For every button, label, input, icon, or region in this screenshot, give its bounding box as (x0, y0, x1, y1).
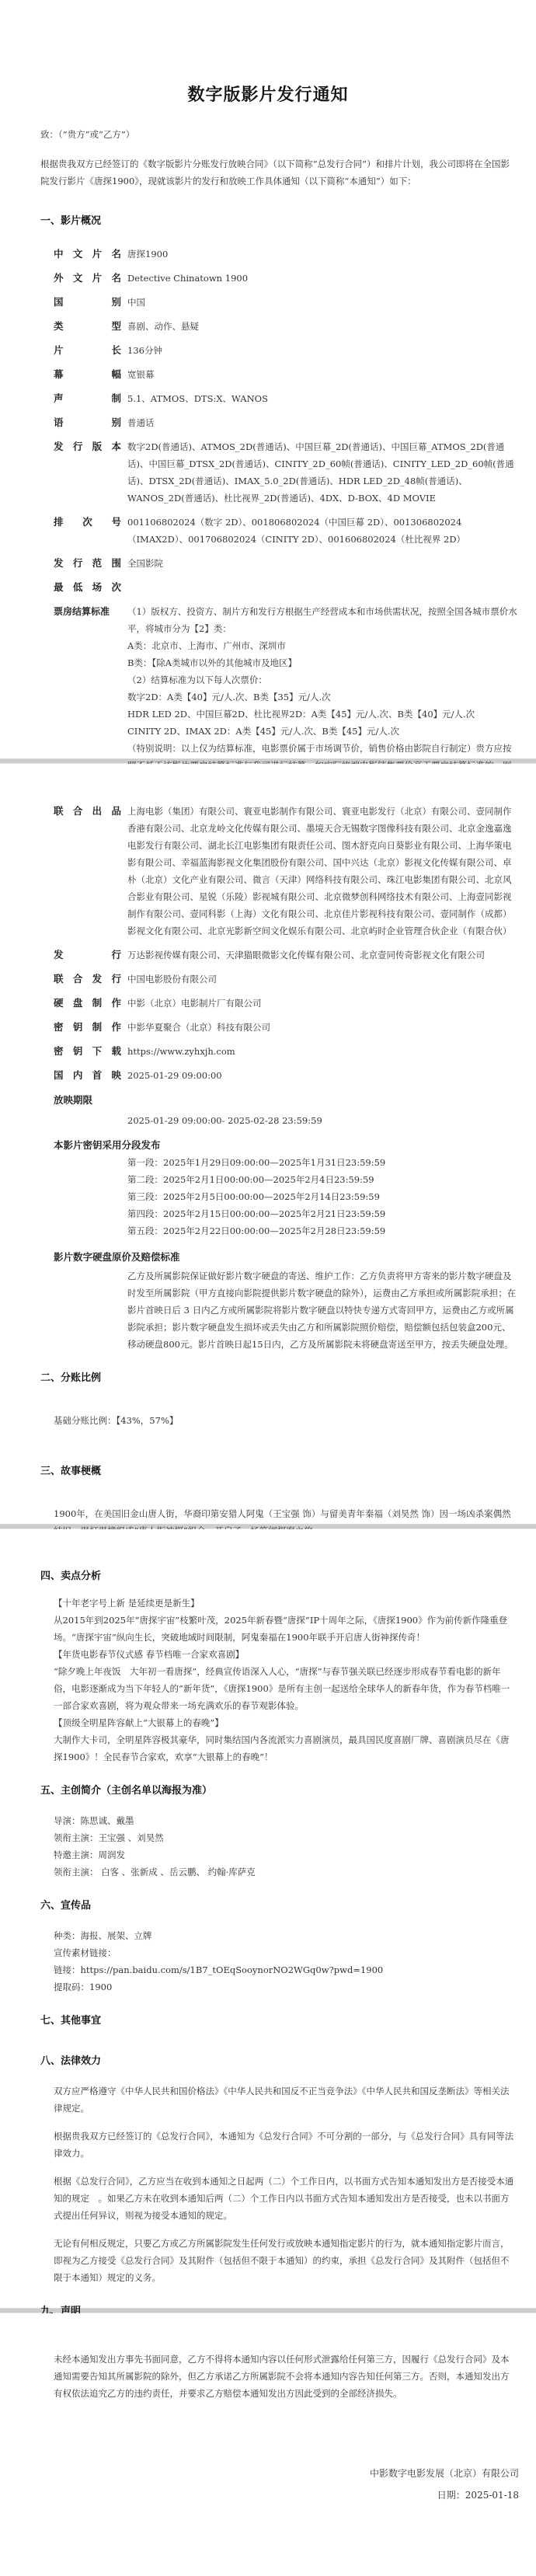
key-segment: 第一段：2025年1月29日09:00:00—2025年1月31日23:59:5… (127, 1154, 517, 1171)
field-label: 联合出品 (54, 803, 127, 939)
box-office-line: （2）结算标准为以下每人次票价： (127, 671, 517, 688)
field-label: 外文片名 (54, 270, 127, 287)
field-value: 001106802024（数字 2D）、001806802024（中国巨幕 2D… (127, 514, 517, 548)
promo-line: 种类：海报、展架、立牌 (0, 1927, 536, 1944)
crew-line: 特邀主演：周润发 (0, 1846, 536, 1863)
hard-disk-text: 乙方及所属影院保证做好影片数字硬盘的寄送、维护工作：乙方负责将甲方寄来的影片数字… (0, 1267, 536, 1353)
crew-line: 领衔主演： 白客 、张新成 、岳云鹏、 约翰·库萨克 (0, 1863, 536, 1881)
field-distributor: 发行万达影视传媒有限公司、天津猫眼微影文化传媒有限公司、北京壹同传奇影视文化有限… (0, 946, 536, 964)
field-label: 幕幅 (54, 366, 127, 383)
selling-points: 【十年老字号上新 是延续更是新生】 从2015年到2025年“唐探宇宙”枝繁叶茂… (0, 1595, 536, 1766)
field-label: 发行 (54, 946, 127, 964)
field-release-versions: 发行版本数字2D(普通话)、ATMOS_2D(普通话)、中国巨幕_2D(普通话)… (0, 438, 536, 507)
hard-disk-heading: 影片数字硬盘原价及赔偿标准 (0, 1249, 536, 1266)
field-value: Detective Chinatown 1900 (127, 270, 517, 287)
field-label: 声制 (54, 390, 127, 407)
crew-line: 领衔主演：王宝强 、刘昊然 (0, 1829, 536, 1846)
field-label: 国内首映 (54, 1067, 127, 1084)
field-value: 中国电影股份有限公司 (127, 971, 517, 988)
section-1-heading: 一、影片概况 (0, 213, 536, 230)
field-label: 硬盘制作 (54, 995, 127, 1012)
field-label: 中文片名 (54, 246, 127, 263)
intro-paragraph: 根据贵我双方已经签订的《数字版影片分账发行放映合同》（以下简称“总发行合同”）和… (0, 155, 536, 190)
field-value: 中影华夏聚合（北京）科技有限公司 (127, 1019, 517, 1036)
legal-paragraph: 双方应严格遵守《中华人民共和国价格法》《中华人民共和国反不正当竞争法》《中华人民… (0, 2083, 536, 2117)
field-label: 语别 (54, 414, 127, 431)
key-segments-heading: 本影片密钥采用分段发布 (0, 1137, 536, 1154)
field-label: 发行范围 (54, 555, 127, 572)
box-office-line: CINITY 2D、IMAX 2D：A类【45】元/人.次、B类【45】元/人.… (127, 723, 517, 740)
field-label: 类型 (54, 318, 127, 335)
selling-point-text: 从2015年到2025年“唐探宇宙”枝繁叶茂，2025年新春暨“唐探”IP十周年… (0, 1612, 536, 1646)
field-value: 上海电影（集团）有限公司、寰亚电影制作有限公司、寰亚电影发行（北京）有限公司、壹… (127, 803, 517, 939)
section-3-heading: 三、故事梗概 (0, 1463, 536, 1480)
box-office-line: B类：【除A类城市以外的其他城市及地区】 (127, 654, 517, 671)
selling-point-text: “除夕晚上年夜饭 大年初一看唐探”，经典宣传语深入人心，“唐探”与春节强关联已经… (0, 1663, 536, 1714)
key-segments-list: 第一段：2025年1月29日09:00:00—2025年1月31日23:59:5… (0, 1154, 536, 1239)
field-value: 数字2D(普通话)、ATMOS_2D(普通话)、中国巨幕_2D(普通话)、中国巨… (127, 438, 517, 507)
field-label: 密钥下载 (54, 1043, 127, 1060)
field-runtime: 片长136分钟 (0, 342, 536, 359)
field-value: 普通话 (127, 414, 517, 431)
key-download-link[interactable]: https://www.zyhxjh.com (127, 1043, 517, 1060)
box-office-line: 数字2D：A类【40】元/人.次、B类【35】元/人.次 (127, 688, 517, 706)
screening-period-value: 2025-01-29 09:00:00- 2025-02-28 23:59:59 (0, 1112, 536, 1129)
box-office-line: HDR LED 2D、中国巨幕2D、杜比视界2D：A类【45】元/人.次、B类【… (127, 706, 517, 723)
field-value: 宽银幕 (127, 366, 517, 383)
section-6-heading: 六、宣传品 (0, 1898, 536, 1915)
field-co-distributor: 联合发行中国电影股份有限公司 (0, 971, 536, 988)
promo-line: 宣传素材链接： (0, 1944, 536, 1961)
page-4: 未经本通知发出方事先书面同意，乙方不得将本通知内容以任何形式泄露给任何第三方，因… (0, 2313, 536, 2576)
field-value: 全国影院 (127, 555, 517, 572)
field-label: 排次号 (54, 514, 127, 548)
field-screen-format: 幕幅宽银幕 (0, 366, 536, 383)
field-label: 片长 (54, 342, 127, 359)
field-value: 5.1、ATMOS、DTS:X、WANOS (127, 390, 517, 407)
section-2-heading: 二、分账比例 (0, 1370, 536, 1387)
field-co-producer: 联合出品上海电影（集团）有限公司、寰亚电影制作有限公司、寰亚电影发行（北京）有限… (0, 803, 536, 939)
key-segment: 第四段：2025年2月15日00:00:00—2025年2月21日23:59:5… (127, 1205, 517, 1222)
page-3: 四、卖点分析 【十年老字号上新 是延续更是新生】 从2015年到2025年“唐探… (0, 1529, 536, 2308)
document-title: 数字版影片发行通知 (0, 87, 536, 104)
field-key-production: 密钥制作中影华夏聚合（北京）科技有限公司 (0, 1019, 536, 1036)
field-release-scope: 发行范围全国影院 (0, 555, 536, 572)
field-label: 国别 (54, 294, 127, 311)
field-country: 国别中国 (0, 294, 536, 311)
field-language: 语别普通话 (0, 414, 536, 431)
field-disk-production: 硬盘制作中影（北京）电影制片厂有限公司 (0, 995, 536, 1012)
signature-company: 中影数字电影发展（北京）有限公司 (0, 2463, 536, 2484)
key-segment: 第五段：2025年2月22日00:00:00—2025年2月28日23:59:5… (127, 1222, 517, 1239)
field-chinese-title: 中文片名唐探1900 (0, 246, 536, 263)
field-label: 密钥制作 (54, 1019, 127, 1036)
field-label: 联合发行 (54, 971, 127, 988)
statement-paragraph: 未经本通知发出方事先书面同意，乙方不得将本通知内容以任何形式泄露给任何第三方，因… (0, 2351, 536, 2402)
field-label: 最低场次 (54, 579, 127, 596)
field-value: 中国 (127, 294, 517, 311)
page-1: 数字版影片发行通知 致：（“贵方”或“乙方”） 根据贵我双方已经签订的《数字版影… (0, 0, 536, 758)
section-8-heading: 八、法律效力 (0, 2053, 536, 2070)
legal-paragraph: 根据《总发行合同》，乙方应当在收到本通知之日起两（二）个工作日内，以书面方式告知… (0, 2173, 536, 2224)
selling-point-title: 【年货电影春节仪式感 春节档唯一合家欢喜剧】 (0, 1646, 536, 1663)
box-office-line: （1）版权方、投资方、制片方和发行方根据生产经营成本和市场供需状况，按照全国各城… (127, 603, 517, 637)
field-value: 中影（北京）电影制片厂有限公司 (127, 995, 517, 1012)
field-value: 唐探1900 (127, 246, 517, 263)
legal-paragraph: 根据贵我双方已经签订的《总发行合同》，本通知为《总发行合同》不可分割的一部分，与… (0, 2128, 536, 2162)
section-4-heading: 四、卖点分析 (0, 1568, 536, 1585)
promo-link[interactable]: 链接：https://pan.baidu.com/s/1B7_tOEqSooyn… (0, 1961, 536, 1978)
legal-paragraph: 无论有何相反规定，只要乙方或乙方所属影院发生任何发行或放映本通知指定影片的行为，… (0, 2235, 536, 2286)
selling-point-title: 【十年老字号上新 是延续更是新生】 (0, 1595, 536, 1612)
field-sound: 声制5.1、ATMOS、DTS:X、WANOS (0, 390, 536, 407)
field-min-screenings: 最低场次 (0, 579, 536, 596)
selling-point-title: 【顶级全明星阵容献上“大银幕上的春晚”】 (0, 1714, 536, 1731)
field-value (127, 579, 517, 596)
crew-list: 导演：陈思诚、戴墨 领衔主演：王宝强 、刘昊然 特邀主演：周润发 领衔主演： 白… (0, 1812, 536, 1881)
field-key-download: 密钥下载https://www.zyhxjh.com (0, 1043, 536, 1060)
field-domestic-premiere: 国内首映2025-01-29 09:00:00 (0, 1067, 536, 1084)
selling-point-text: 大制作大卡司，全明星阵容极其豪华，同时集结国内各流派实力喜剧演员，最具国民度喜剧… (0, 1731, 536, 1766)
page-2: 联合出品上海电影（集团）有限公司、寰亚电影制作有限公司、寰亚电影发行（北京）有限… (0, 764, 536, 1524)
field-value: 万达影视传媒有限公司、天津猫眼微影文化传媒有限公司、北京壹同传奇影视文化有限公司 (127, 946, 517, 964)
key-segment: 第三段：2025年2月5日00:00:00—2025年2月14日23:59:59 (127, 1188, 517, 1205)
section-5-heading: 五、主创简介（主创名单以海报为准） (0, 1783, 536, 1800)
field-value: 136分钟 (127, 342, 517, 359)
crew-line: 导演：陈思诚、戴墨 (0, 1812, 536, 1829)
revenue-split: 基础分账比例：【43%，57%】 (0, 1412, 536, 1429)
section-7-heading: 七、其他事宜 (0, 2013, 536, 2030)
key-segment: 第二段：2025年2月1日00:00:00—2025年2月4日23:59:59 (127, 1171, 517, 1188)
field-value: 2025-01-29 09:00:00 (127, 1067, 517, 1084)
field-genre: 类型喜剧、动作、悬疑 (0, 318, 536, 335)
screening-period-heading: 放映期限 (0, 1092, 536, 1109)
signature-date: 日期：2025-01-18 (0, 2484, 536, 2506)
promo-materials: 种类：海报、展架、立牌 宣传素材链接： 链接：https://pan.baidu… (0, 1927, 536, 1996)
field-value: 喜剧、动作、悬疑 (127, 318, 517, 335)
field-foreign-title: 外文片名Detective Chinatown 1900 (0, 270, 536, 287)
recipient-line: 致：（“贵方”或“乙方”） (0, 126, 536, 143)
field-schedule-numbers: 排次号001106802024（数字 2D）、001806802024（中国巨幕… (0, 514, 536, 548)
box-office-line: A类：北京市、上海市、广州市、深圳市 (127, 637, 517, 654)
promo-extraction-code: 提取码：1900 (0, 1978, 536, 1996)
field-label: 发行版本 (54, 438, 127, 507)
